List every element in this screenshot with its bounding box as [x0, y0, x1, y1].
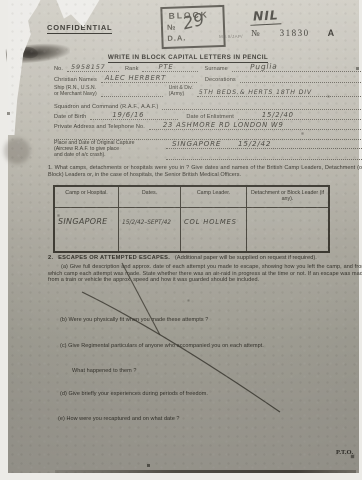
camp-table: Camp or Hospital. Dates. Camp Leader. De… [53, 185, 330, 253]
row-address: Private Address and Telephone No. 23 ASH… [54, 121, 362, 130]
section-2-heading: 2. ESCAPES OR ATTEMPTED ESCAPES. (Additi… [48, 255, 317, 261]
section-2-number: 2. [48, 255, 53, 261]
page-bottom-edge-shadow [55, 470, 356, 473]
capture-field-line1: SINGAPORE 15/2/42 [166, 139, 362, 149]
question-2e-text: (e) How were you recaptured and on what … [58, 416, 338, 423]
serial-no-label: № [251, 28, 260, 38]
block-number-handwritten: 29 [181, 10, 207, 35]
camp-table-cell-detachment [247, 208, 328, 251]
squadron-field [162, 101, 362, 110]
row-christian-decorations: Christian Names ALEC HERBERT Decorations [54, 74, 362, 83]
section-2-note: (Additional paper will be supplied on re… [175, 255, 317, 261]
serial-number: 31830 [280, 28, 310, 38]
christian-names-field: ALEC HERBERT [101, 74, 197, 83]
rank-value: PTE [158, 63, 173, 71]
confidential-stamp: CONFIDENTIAL [47, 23, 112, 34]
address-value: 23 ASHMORE RD LONDON W9 [163, 121, 284, 129]
row-no-rank-surname: No. 5958157 Rank PTE Surname Puglia [54, 62, 362, 72]
block-stamp-line2: № [167, 23, 176, 32]
capture-place-value: SINGAPORE [172, 139, 221, 148]
scanned-document-page: { "document": { "confidential": "CONFIDE… [0, 0, 362, 480]
ship-label: Ship (R.N., U.S.N.or Merchant Navy) [54, 85, 101, 97]
enlistment-field: 15/2/40 [238, 111, 362, 120]
address-label: Private Address and Telephone No. [54, 124, 149, 130]
form-reference-code: M.I.9/JAP/ [219, 34, 243, 39]
question-2a-text: (a) Give full description and approx. da… [48, 264, 362, 284]
enlistment-label: Date of Enlistment [178, 114, 238, 120]
camp-table-cell-dates: 15/2/42–SEPT/42 [119, 208, 181, 251]
block-number-stamp: BLOCK № D.A. 29 [160, 5, 225, 49]
dob-label: Date of Birth [54, 114, 90, 120]
surname-value: Puglia [250, 62, 278, 72]
enlistment-value: 15/2/40 [262, 111, 294, 119]
serial-number-line: №31830A [251, 28, 334, 38]
form-paper: CONFIDENTIAL BLOCK № D.A. 29 NIL M.I.9/J… [8, 0, 359, 473]
row-ship-unit: Ship (R.N., U.S.N.or Merchant Navy) Unit… [54, 85, 362, 97]
camp-table-header-camp: Camp or Hospital. [55, 187, 119, 208]
decorations-field [240, 74, 362, 83]
camp-table-cell-camp: SINGAPORE [55, 208, 119, 251]
row-squadron: Squadron and Command (R.A.F., A.A.F.) [54, 101, 362, 110]
christian-names-value: ALEC HERBERT [105, 74, 166, 82]
address-field: 23 ASHMORE RD LONDON W9 [149, 121, 362, 130]
camp-table-cell-leader: COL HOLMES [181, 208, 247, 251]
camp-table-header-dates: Dates. [119, 187, 181, 208]
christian-names-label: Christian Names [54, 77, 101, 83]
serial-suffix: A [328, 28, 335, 38]
camp-table-header-detachment: Detachment or Block Leader (if any). [247, 187, 328, 208]
unit-div-value: 5TH BEDS.& HERTS 18TH DIV [199, 89, 312, 96]
block-capitals-instruction: WRITE IN BLOCK CAPITAL LETTERS IN PENCIL [68, 54, 308, 61]
nil-annotation: NIL [250, 7, 282, 26]
surname-label: Surname [198, 66, 231, 72]
unit-div-label: Unit & Div.(Army) [163, 85, 197, 97]
torn-corner-top-left [7, 0, 41, 135]
capture-date-value: 15/2/42 [238, 139, 271, 148]
paper-specks [8, 0, 9, 1]
question-2c2-text: What happened to them ? [72, 368, 272, 375]
edge-smudge [4, 138, 30, 164]
question-1-text: 1. What camps, detachments or hospitals … [48, 165, 362, 178]
block-stamp-line3: D.A. [167, 33, 186, 43]
dob-field: 19/6/16 [90, 111, 178, 120]
service-no-value: 5958157 [71, 63, 106, 71]
dob-value: 19/6/16 [112, 111, 144, 119]
camp-table-header-leader: Camp Leader. [181, 187, 247, 208]
surname-field: Puglia [232, 62, 362, 72]
ship-field [101, 88, 163, 97]
rank-label: Rank [119, 66, 142, 72]
question-2d-text: (d) Give briefly your experiences during… [60, 391, 340, 398]
question-2b-text: (b) Were you physically fit when you mad… [60, 317, 340, 324]
pto-footer: P.T.O. [336, 449, 353, 456]
service-no-label: No. [54, 66, 67, 72]
section-2-title: ESCAPES OR ATTEMPTED ESCAPES. [58, 255, 170, 261]
squadron-label: Squadron and Command (R.A.F., A.A.F.) [54, 104, 162, 110]
unit-div-field: 5TH BEDS.& HERTS 18TH DIV [197, 88, 362, 97]
question-2c-text: (c) Give Regimental particulars of anyon… [60, 343, 350, 350]
rank-field: PTE [142, 63, 198, 72]
service-no-field: 5958157 [67, 63, 119, 72]
decorations-label: Decorations [197, 77, 240, 83]
capture-field-line2 [166, 150, 362, 160]
capture-label: Place and Date of Original Capture (Airc… [54, 140, 134, 158]
row-dob-enlistment: Date of Birth 19/6/16 Date of Enlistment… [54, 111, 362, 120]
